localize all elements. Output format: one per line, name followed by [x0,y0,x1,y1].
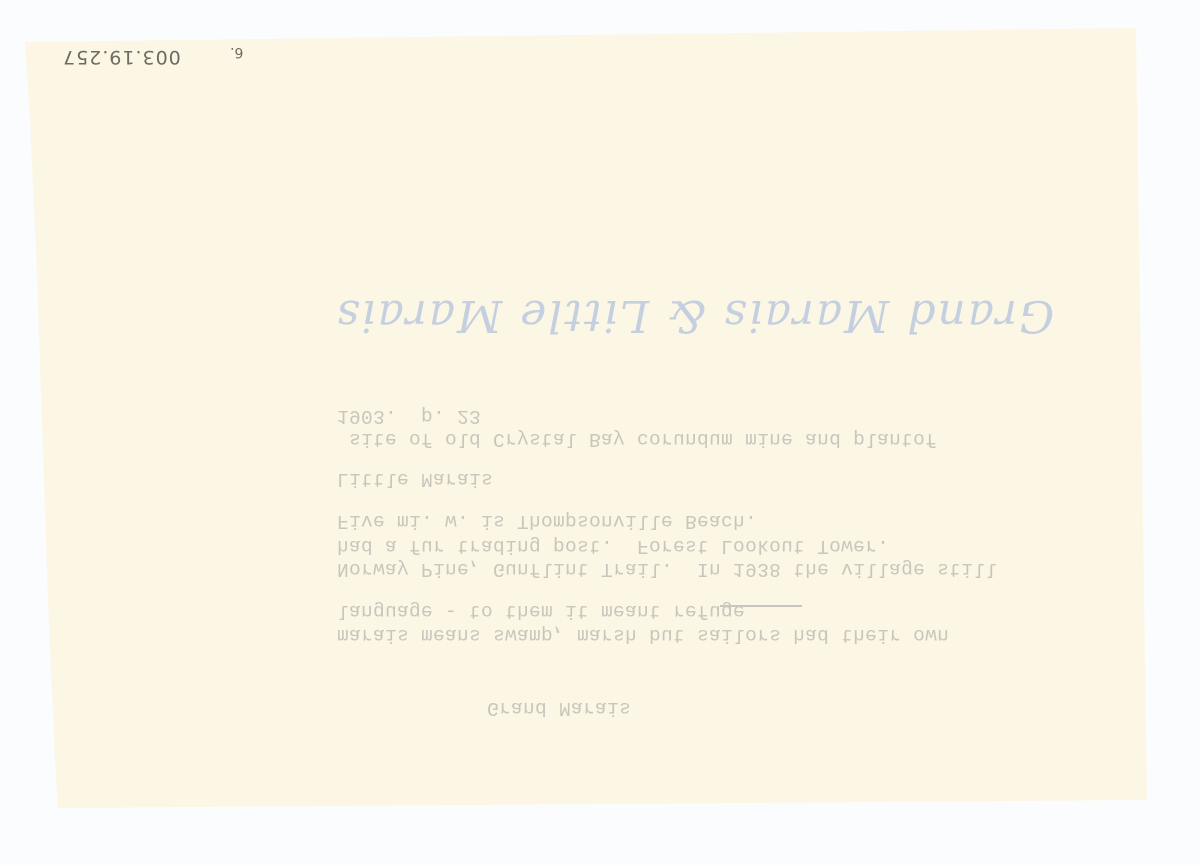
typed-line: site of old Crystal Bay corundum mine an… [337,428,937,450]
typed-line: had a fur trading post. Forest Lookout T… [337,535,889,557]
typed-line: Norway Pine, Gunflint Trail. In 1938 the… [337,558,997,580]
typed-heading: Grand Marais [487,697,631,719]
corner-mark: 6. [230,44,243,60]
typed-line: 1903. p. 23 [337,405,481,427]
typed-line: language - to them it meant refuge [337,600,745,622]
handwritten-annotation: Grand Marais & Little Marais [335,290,1054,341]
typed-line: marais means swamp, marsh but sailors ha… [337,624,949,646]
typed-line: Five mi. w. is Thompsonville Beach. [337,510,757,532]
catalog-number: 003.19.257 [62,46,181,68]
underline-mark [720,605,802,607]
typed-line: Little Marais [337,468,493,490]
